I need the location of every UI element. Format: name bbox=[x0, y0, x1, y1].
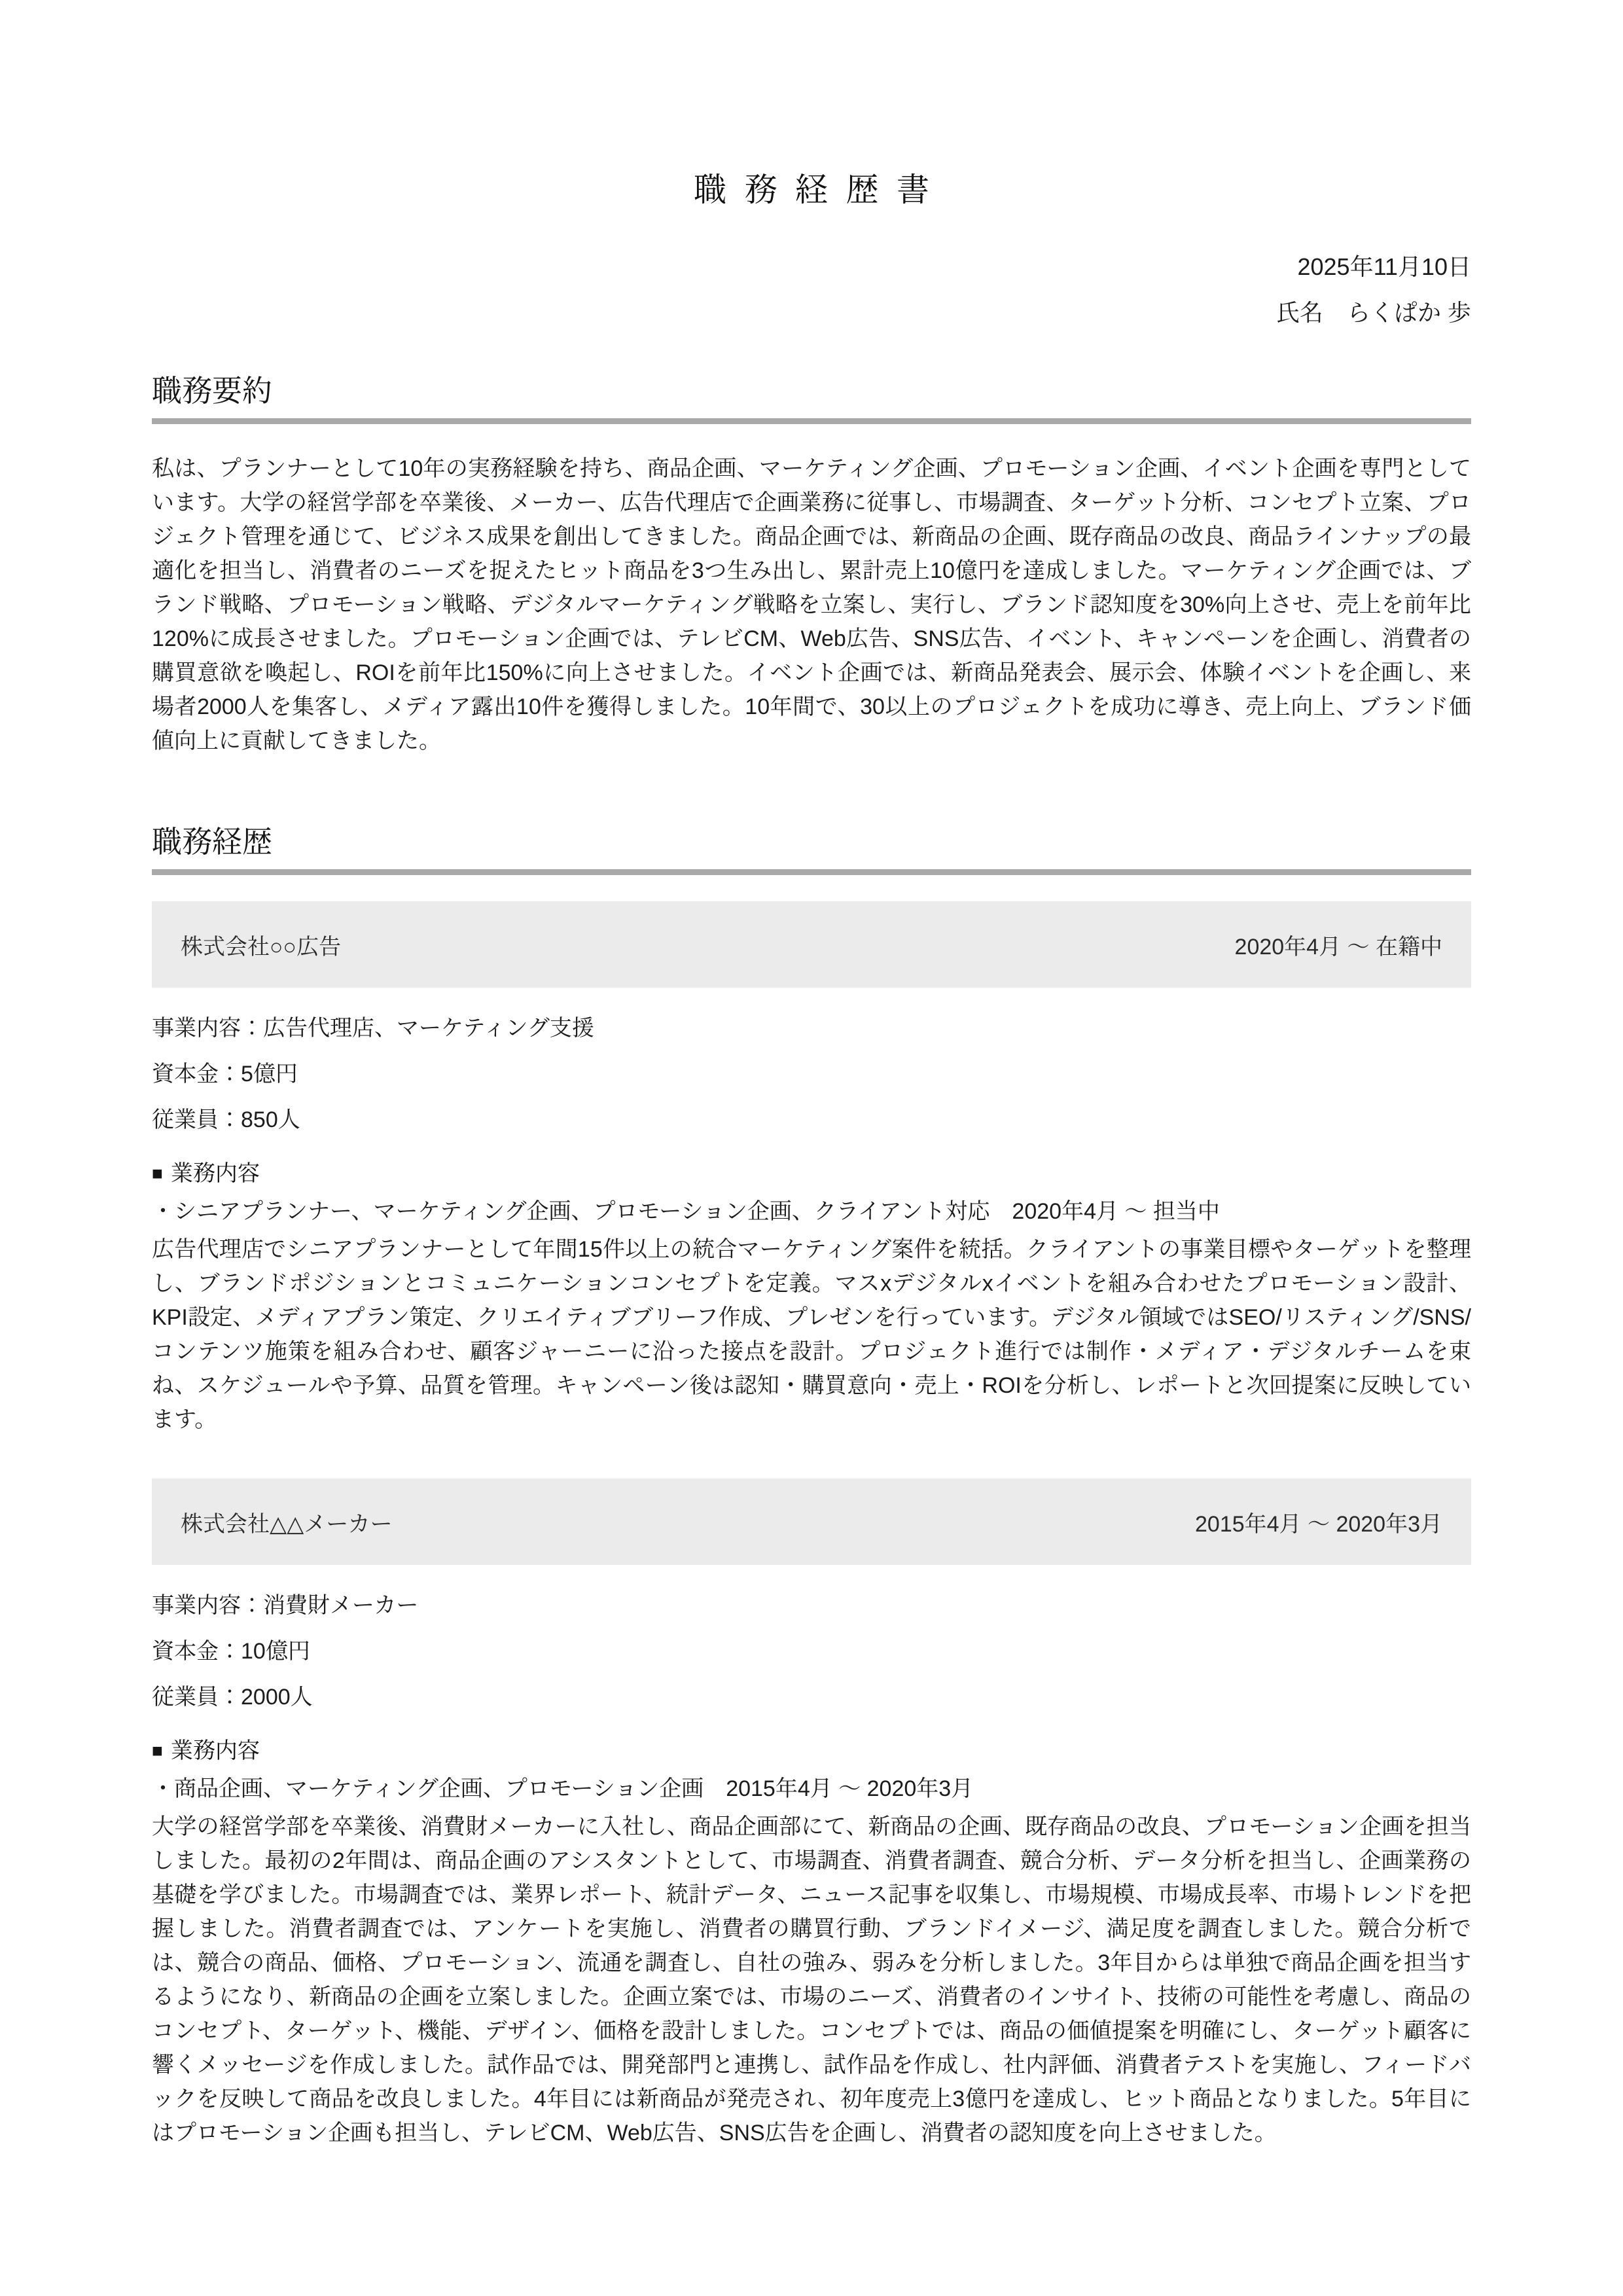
company-name: 株式会社○○広告 bbox=[181, 929, 341, 961]
heading-rule bbox=[152, 418, 1471, 424]
summary-body: 私は、プランナーとして10年の実務経験を持ち、商品企画、マーケティング企画、プロ… bbox=[152, 452, 1471, 758]
company-block: 株式会社△△メーカー 2015年4月 ～ 2020年3月 事業内容：消費財メーカ… bbox=[152, 1479, 1471, 2150]
company-header: 株式会社○○広告 2020年4月 ～ 在籍中 bbox=[152, 901, 1471, 988]
duties-label: 業務内容 bbox=[171, 1161, 260, 1186]
document-title: 職務経歴書 bbox=[152, 164, 1471, 211]
company-header: 株式会社△△メーカー 2015年4月 ～ 2020年3月 bbox=[152, 1479, 1471, 1565]
company-capital: 資本金：5億円 bbox=[152, 1061, 1471, 1087]
role-line: ・シニアプランナー、マーケティング企画、プロモーション企画、クライアント対応 2… bbox=[152, 1196, 1471, 1227]
company-period: 2020年4月 ～ 在籍中 bbox=[1235, 929, 1442, 961]
company-capital: 資本金：10億円 bbox=[152, 1638, 1471, 1664]
role-line: ・商品企画、マーケティング企画、プロモーション企画 2015年4月 ～ 2020… bbox=[152, 1773, 1471, 1804]
applicant-name: 氏名 らくぱか 歩 bbox=[152, 300, 1471, 326]
history-heading: 職務経歴 bbox=[152, 818, 1471, 861]
company-description: 大学の経営学部を卒業後、消費財メーカーに入社し、商品企画部にて、新商品の企画、既… bbox=[152, 1810, 1471, 2150]
duties-heading: ■業務内容 bbox=[152, 1160, 1471, 1187]
company-business: 事業内容：広告代理店、マーケティング支援 bbox=[152, 1015, 1471, 1041]
company-business: 事業内容：消費財メーカー bbox=[152, 1592, 1471, 1619]
document-date: 2025年11月10日 bbox=[152, 254, 1471, 280]
resume-page: 職務経歴書 2025年11月10日 氏名 らくぱか 歩 職務要約 私は、プランナ… bbox=[0, 0, 1623, 2296]
square-bullet-icon: ■ bbox=[152, 1163, 163, 1183]
square-bullet-icon: ■ bbox=[152, 1740, 163, 1761]
summary-section: 職務要約 私は、プランナーとして10年の実務経験を持ち、商品企画、マーケティング… bbox=[152, 367, 1471, 758]
duties-label: 業務内容 bbox=[171, 1738, 260, 1763]
company-employees: 従業員：2000人 bbox=[152, 1684, 1471, 1710]
summary-heading: 職務要約 bbox=[152, 367, 1471, 410]
company-block: 株式会社○○広告 2020年4月 ～ 在籍中 事業内容：広告代理店、マーケティン… bbox=[152, 901, 1471, 1437]
company-period: 2015年4月 ～ 2020年3月 bbox=[1195, 1506, 1442, 1538]
company-name: 株式会社△△メーカー bbox=[181, 1506, 393, 1538]
company-description: 広告代理店でシニアプランナーとして年間15件以上の統合マーケティング案件を統括。… bbox=[152, 1232, 1471, 1437]
duties-heading: ■業務内容 bbox=[152, 1738, 1471, 1764]
heading-rule bbox=[152, 869, 1471, 875]
company-employees: 従業員：850人 bbox=[152, 1107, 1471, 1133]
history-section: 職務経歴 株式会社○○広告 2020年4月 ～ 在籍中 事業内容：広告代理店、マ… bbox=[152, 818, 1471, 2150]
